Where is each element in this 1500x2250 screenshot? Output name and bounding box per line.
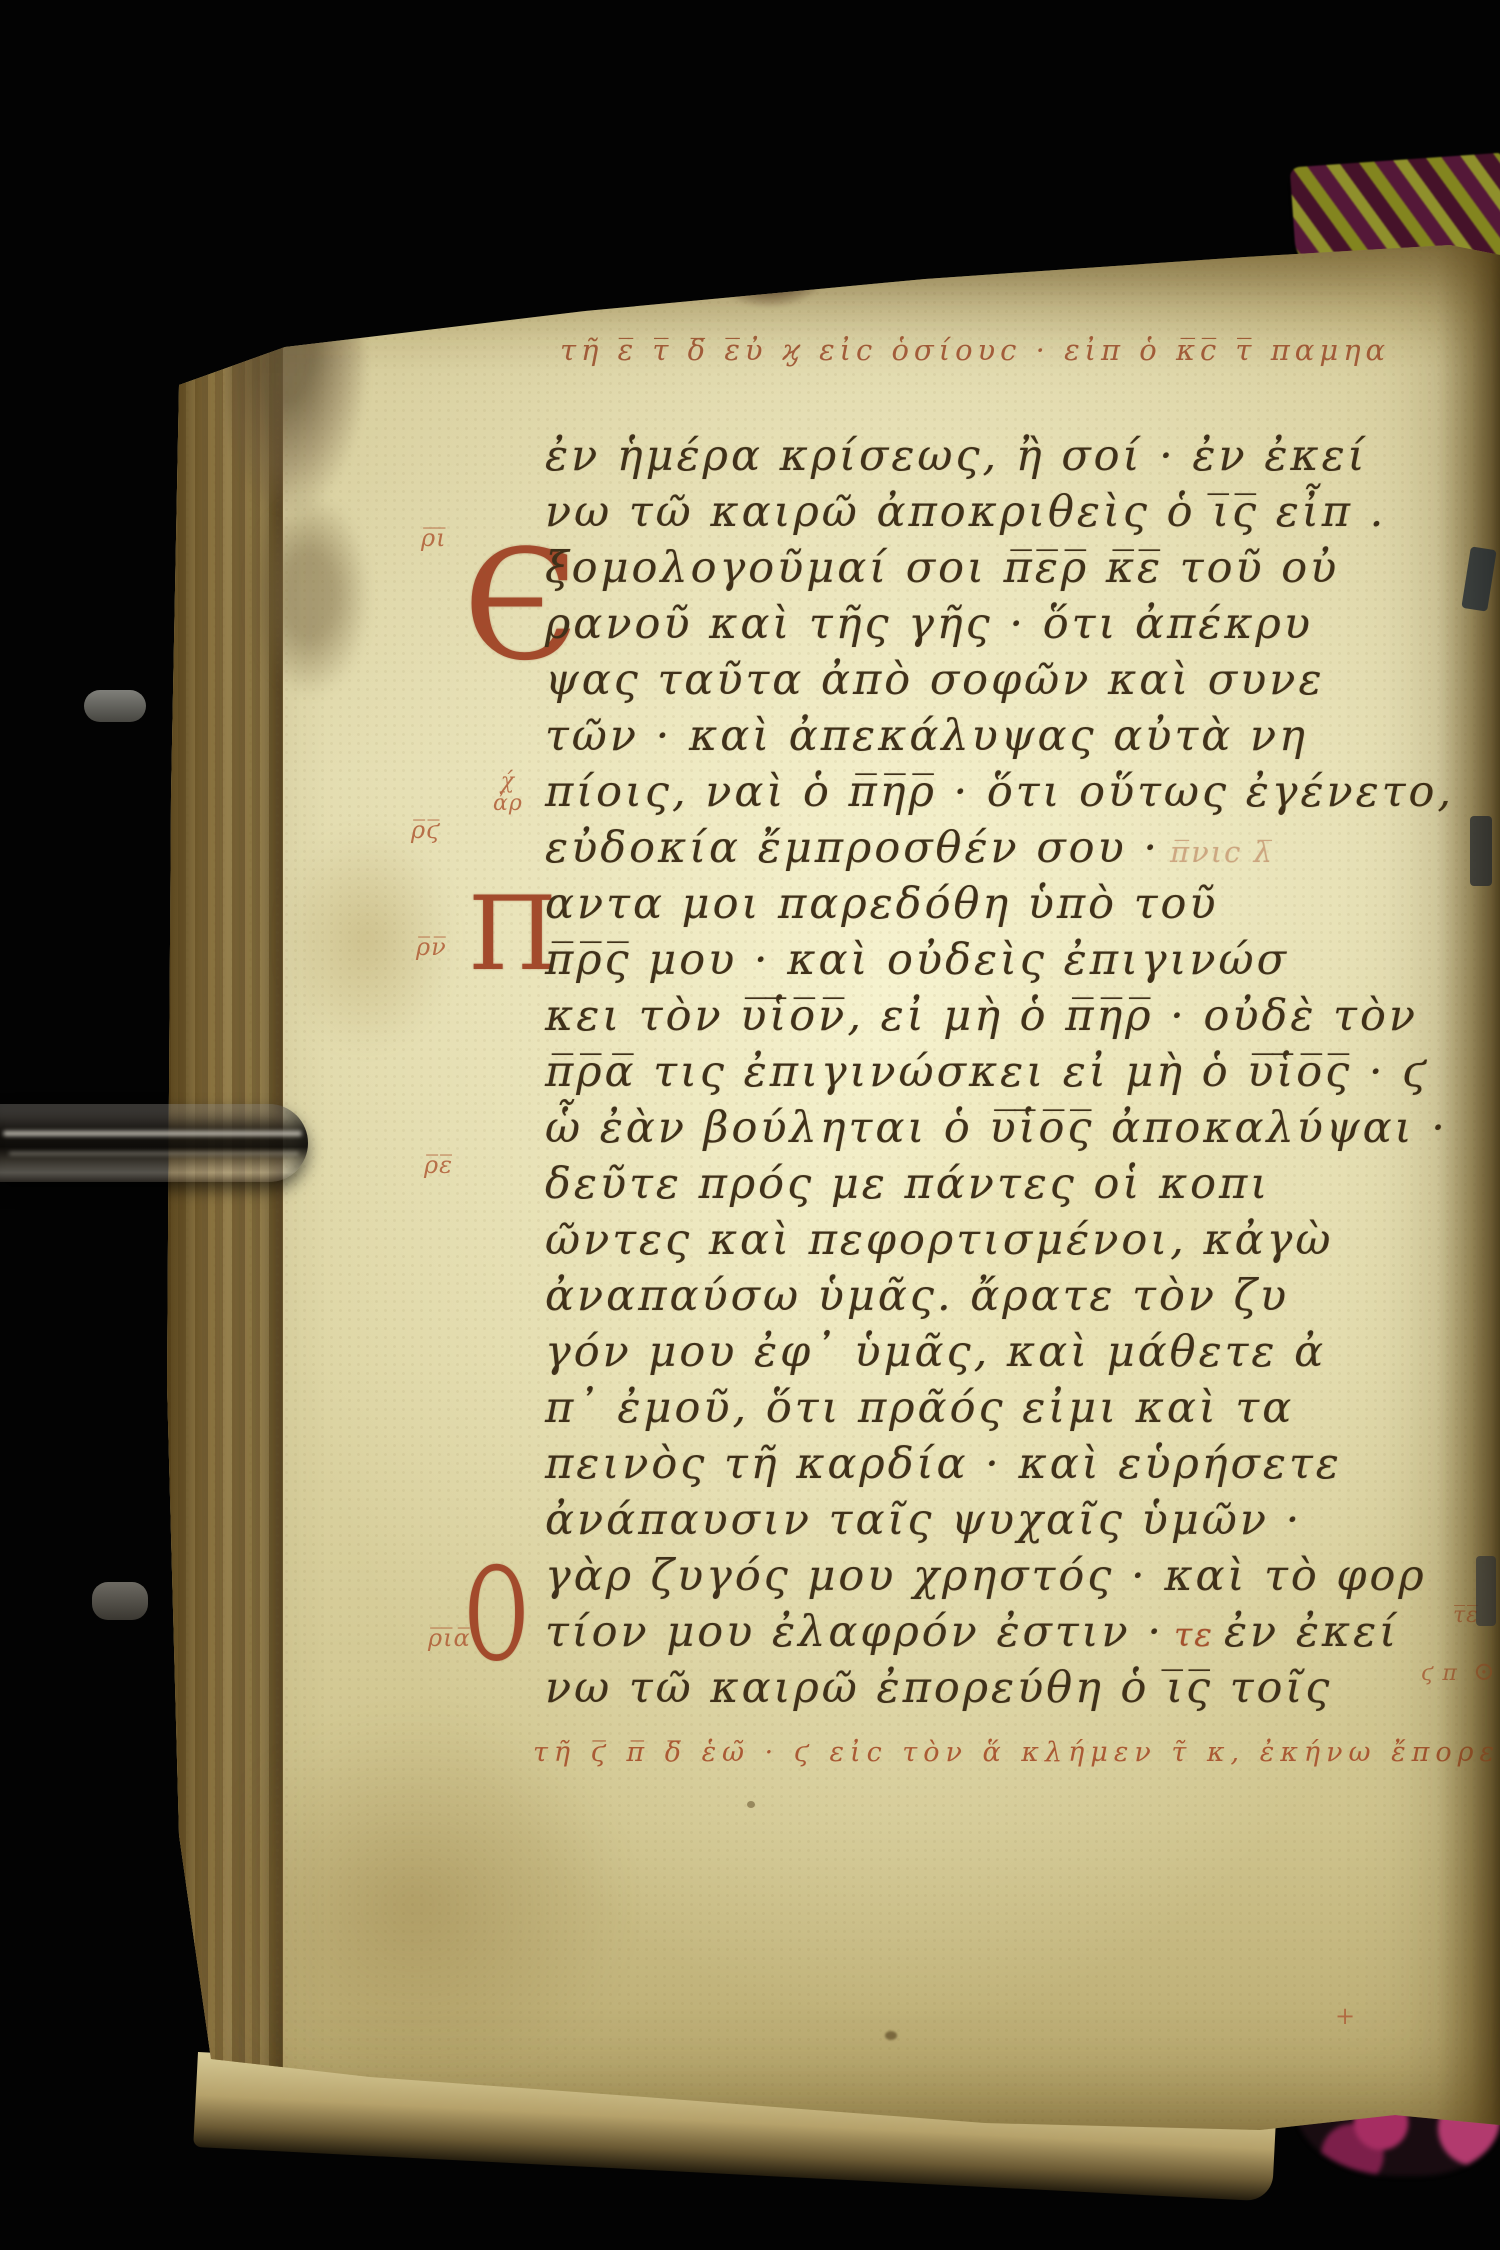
edge-speck (1470, 816, 1492, 886)
glass-rod (0, 1104, 308, 1182)
rod-highlight (3, 1131, 302, 1136)
manuscript-photo: { "document": { "title": "Greek Gospel m… (0, 0, 1500, 2250)
rod-highlight (9, 1152, 299, 1155)
clamp-tip (92, 1582, 148, 1620)
page-vignette (165, 235, 1500, 2170)
edge-speck (1476, 1556, 1496, 1626)
book-page: τῆ ε̅ τ̅ δ̅ ε̅ὐ ϗ εἰϲ ὁσίουϲ · εἰπ ὁ κ̅ϲ… (165, 235, 1500, 2170)
clamp-tip (84, 690, 146, 722)
